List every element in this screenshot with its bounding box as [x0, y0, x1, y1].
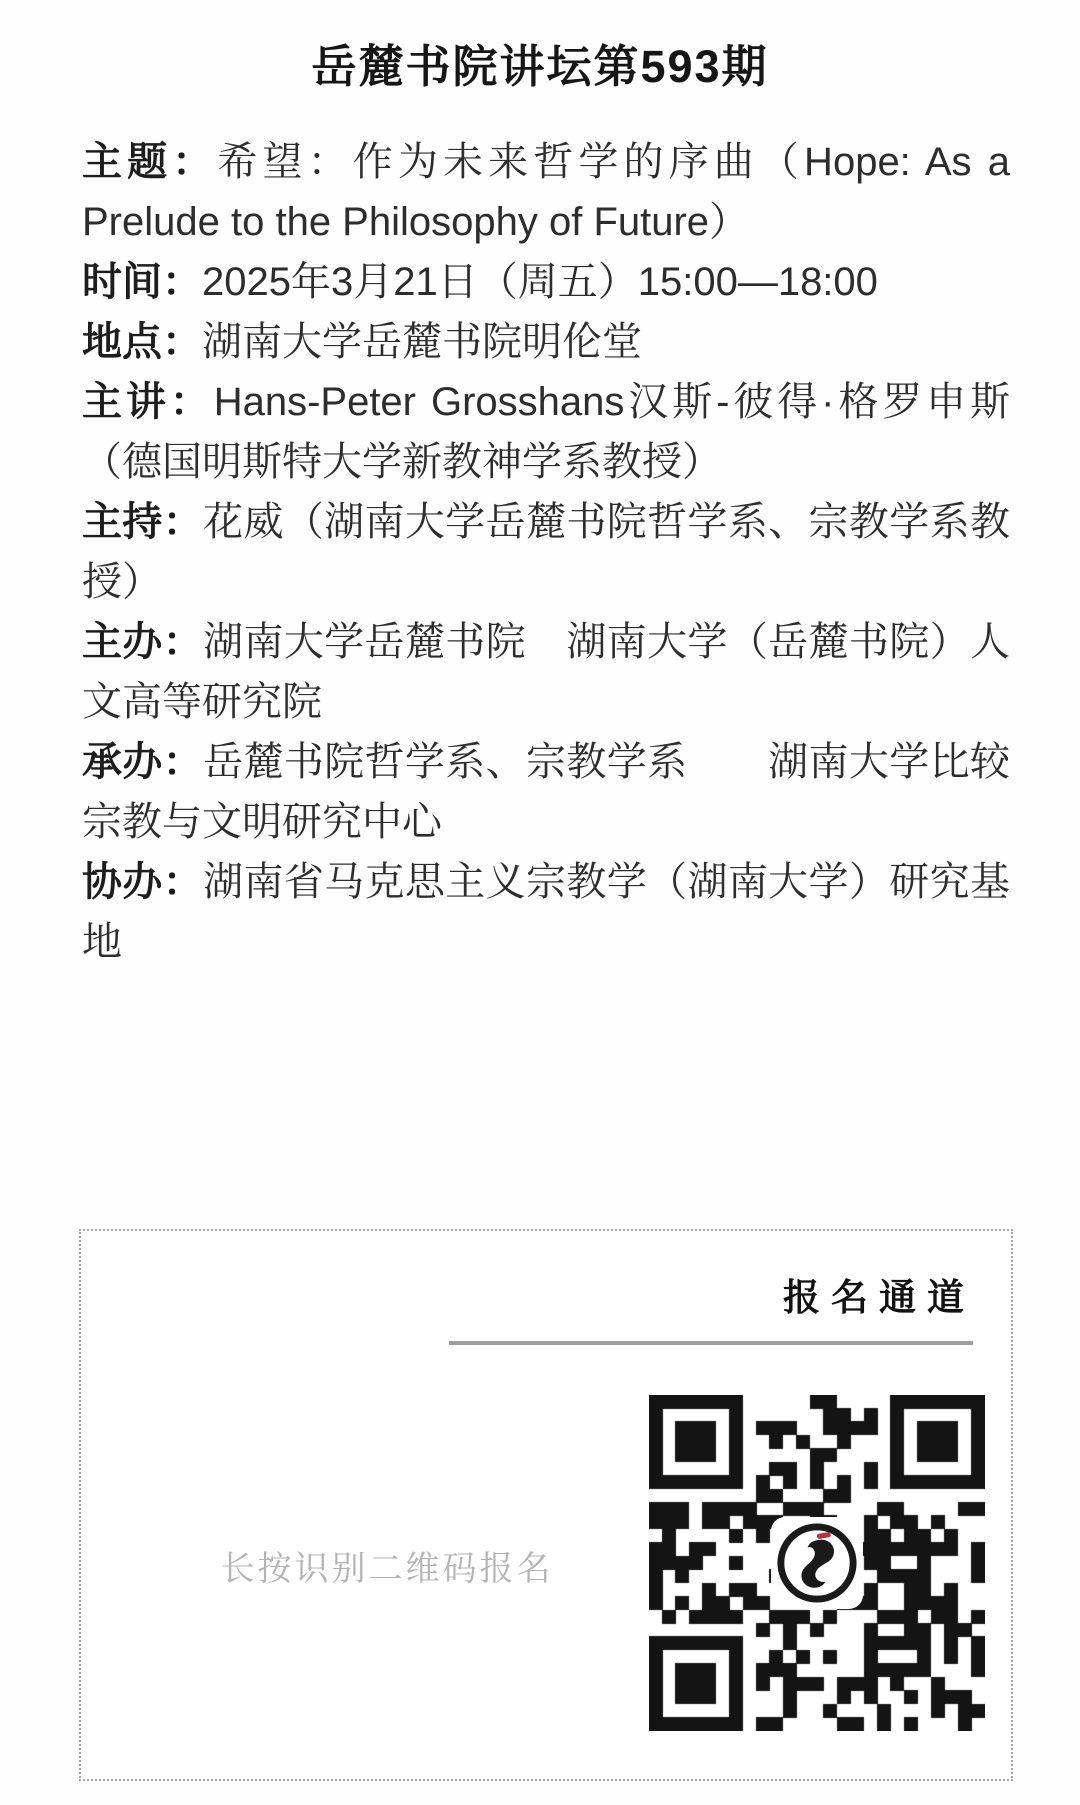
qr-code-area[interactable]	[649, 1395, 985, 1731]
page-title: 岳麓书院讲坛第593期	[0, 30, 1080, 95]
info-row-co-organizer: 承办：岳麓书院哲学系、宗教学系 湖南大学比较宗教与文明研究中心	[82, 732, 1010, 852]
info-label: 主题：	[82, 140, 217, 184]
registration-panel: 报名通道 长按识别二维码报名	[79, 1229, 1013, 1781]
info-value: 花威（湖南大学岳麓书院哲学系、宗教学系教授）	[82, 500, 1010, 604]
divider-line	[449, 1341, 973, 1345]
info-row-supporter: 协办：湖南省马克思主义宗教学（湖南大学）研究基地	[82, 852, 1010, 972]
info-row-location: 地点：湖南大学岳麓书院明伦堂	[82, 312, 1010, 372]
info-row-organizer: 主办：湖南大学岳麓书院 湖南大学（岳麓书院）人文高等研究院	[82, 612, 1010, 732]
qr-center-logo	[771, 1517, 863, 1609]
qr-caption: 长按识别二维码报名	[187, 1541, 587, 1590]
info-value: Hans-Peter Grosshans汉斯-彼得·格罗申斯（德国明斯特大学新教…	[82, 380, 1010, 484]
info-value: 2025年3月21日（周五）15:00—18:00	[202, 260, 878, 304]
academy-swirl-logo-icon	[774, 1520, 860, 1606]
info-row-speaker: 主讲：Hans-Peter Grosshans汉斯-彼得·格罗申斯（德国明斯特大…	[82, 372, 1010, 492]
info-label: 主办：	[82, 620, 203, 664]
registration-heading: 报名通道	[783, 1267, 975, 1321]
announcement-page: 岳麓书院讲坛第593期 主题：希望：作为未来哲学的序曲（Hope: As a P…	[0, 0, 1080, 1805]
info-value: 希望：作为未来哲学的序曲（Hope: As a Prelude to the P…	[82, 140, 1010, 244]
info-label: 主讲：	[82, 380, 214, 424]
info-row-time: 时间：2025年3月21日（周五）15:00—18:00	[82, 252, 1010, 312]
info-value: 湖南大学岳麓书院 湖南大学（岳麓书院）人文高等研究院	[82, 620, 1010, 724]
info-value: 湖南大学岳麓书院明伦堂	[202, 320, 642, 364]
lecture-info: 主题：希望：作为未来哲学的序曲（Hope: As a Prelude to th…	[82, 132, 1010, 972]
info-label: 承办：	[82, 740, 203, 784]
info-value: 湖南省马克思主义宗教学（湖南大学）研究基地	[82, 860, 1010, 964]
info-row-host: 主持：花威（湖南大学岳麓书院哲学系、宗教学系教授）	[82, 492, 1010, 612]
info-label: 主持：	[82, 500, 203, 544]
info-value: 岳麓书院哲学系、宗教学系 湖南大学比较宗教与文明研究中心	[82, 740, 1010, 844]
info-label: 协办：	[82, 860, 203, 904]
info-row-topic: 主题：希望：作为未来哲学的序曲（Hope: As a Prelude to th…	[82, 132, 1010, 252]
info-label: 地点：	[82, 320, 202, 364]
info-label: 时间：	[82, 260, 202, 304]
